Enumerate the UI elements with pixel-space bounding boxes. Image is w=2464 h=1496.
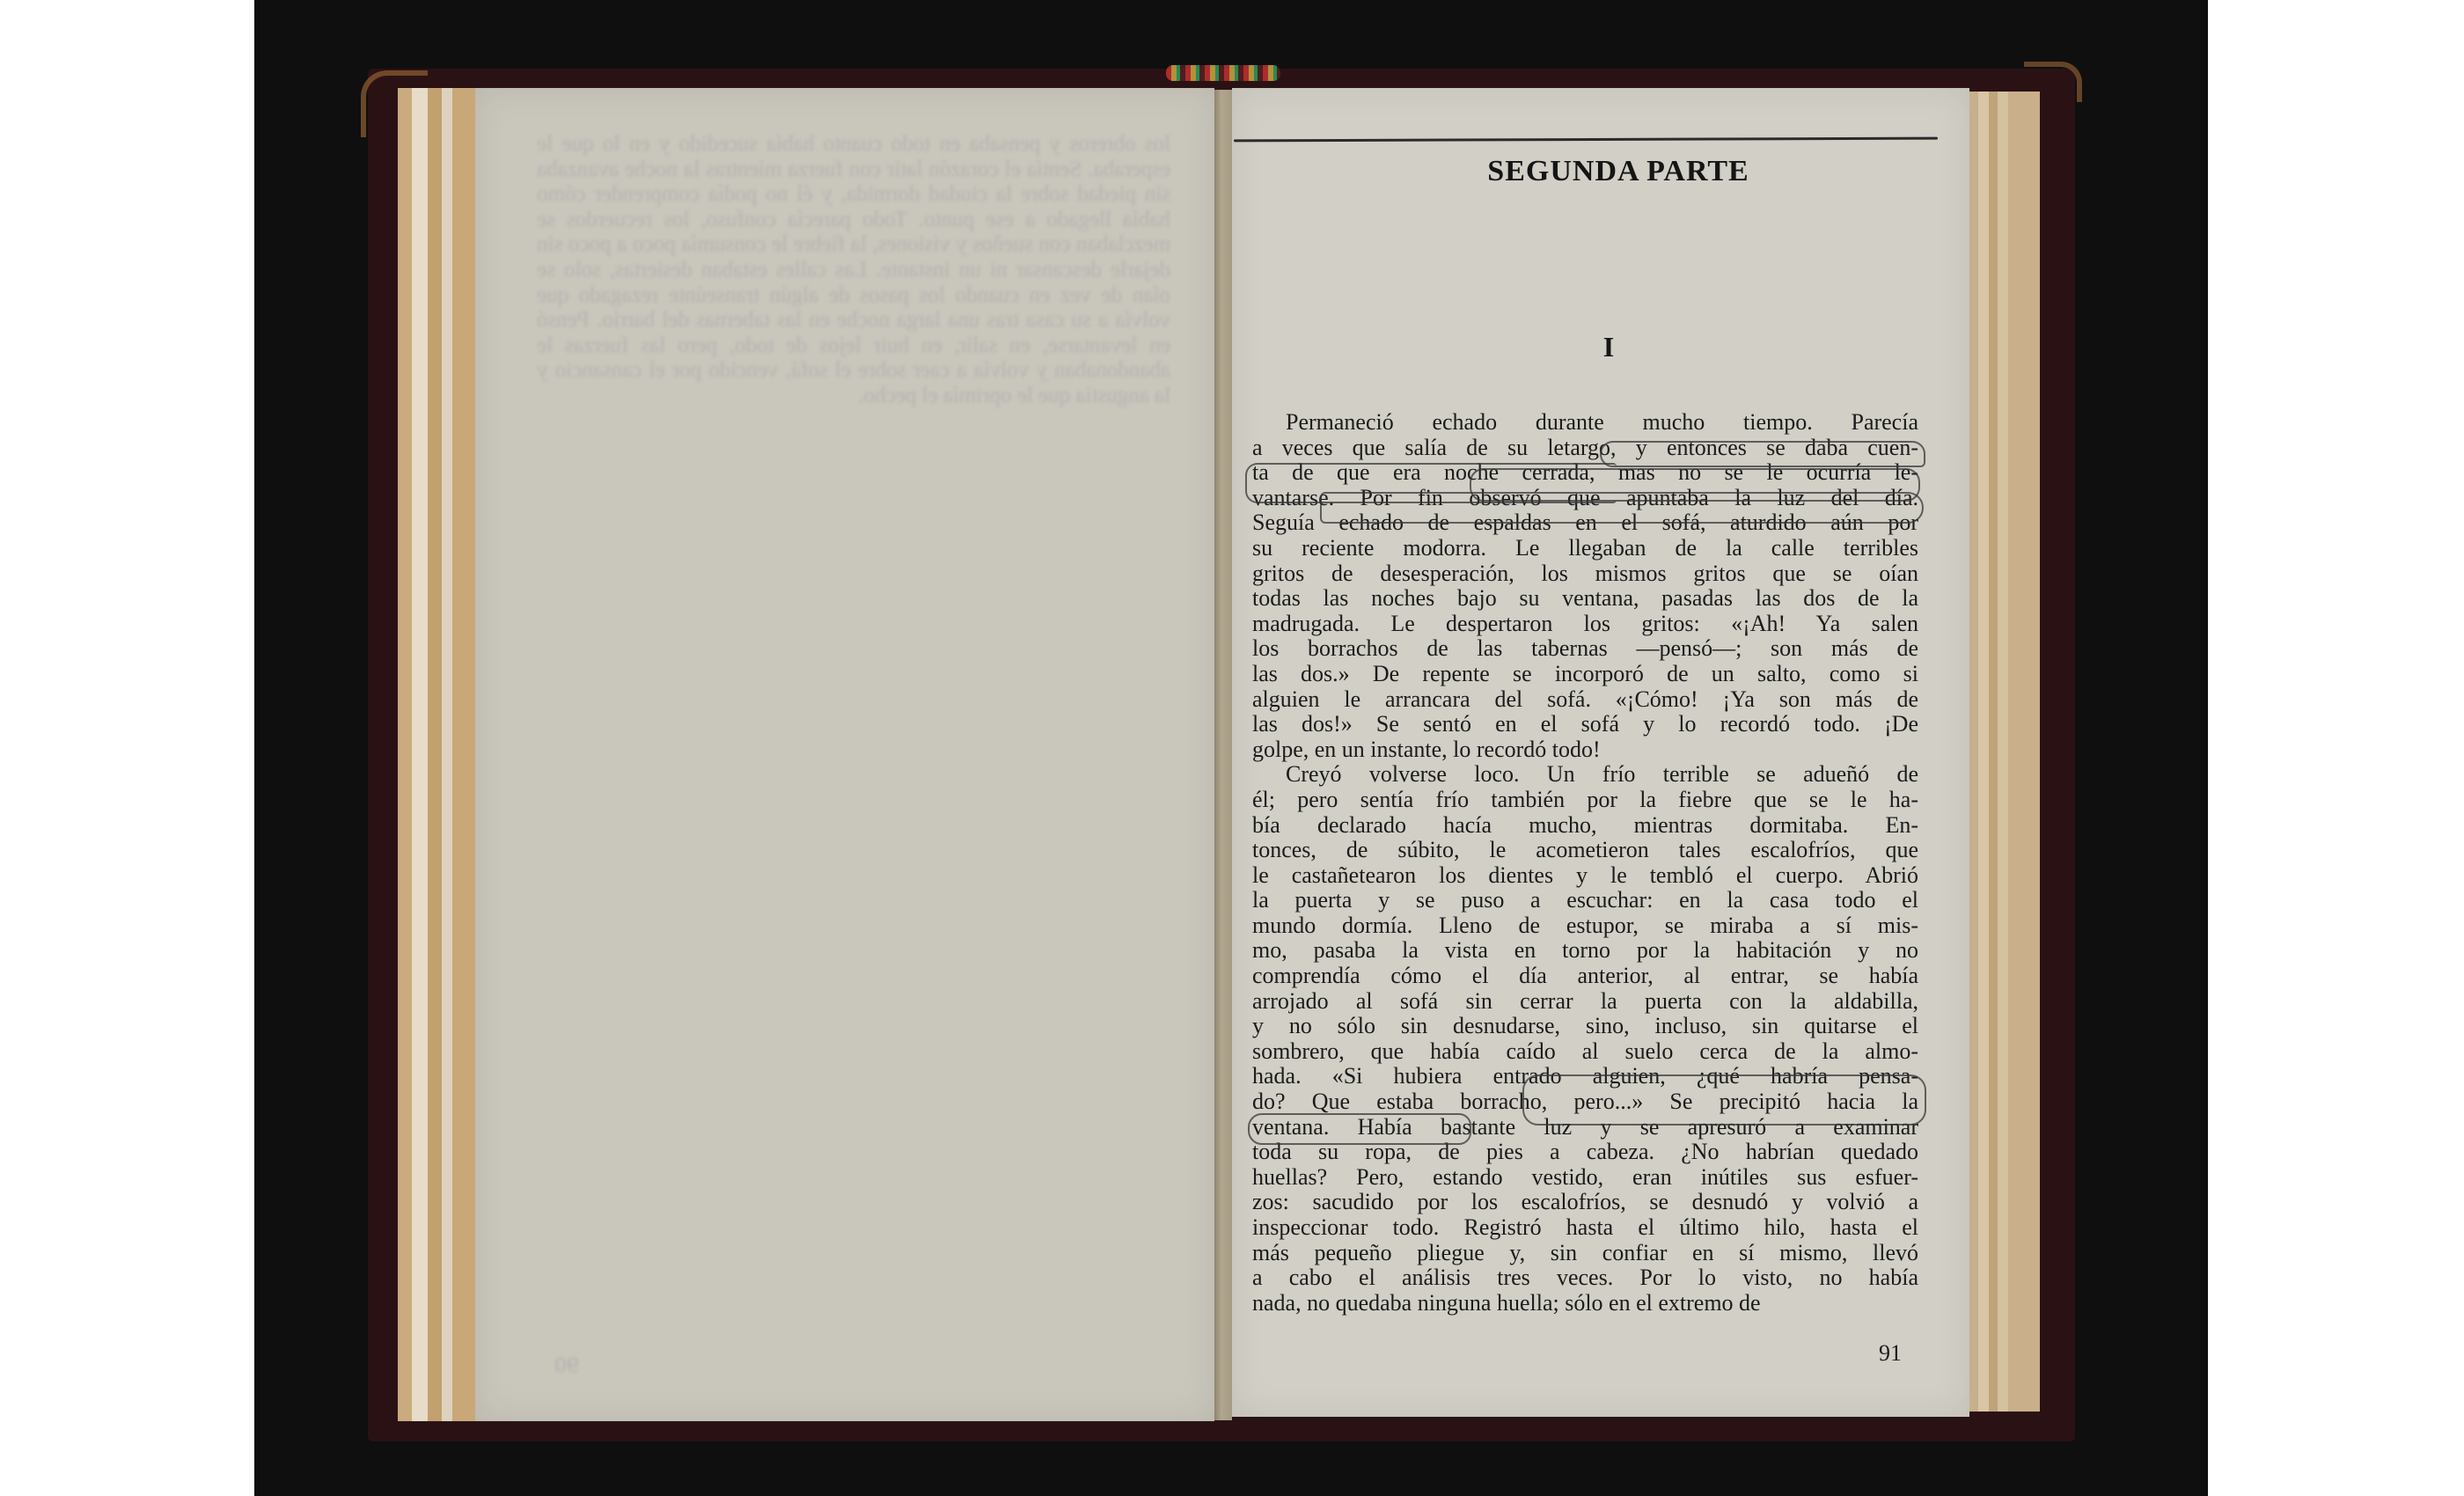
text-line: do? Que estaba borracho, pero...» Se pre…: [1252, 1089, 1918, 1115]
book-gutter: [1214, 90, 1232, 1420]
text-line: a veces que salía de su letargo, y enton…: [1252, 436, 1918, 461]
text-line: Seguía echado de espaldas en el sofá, at…: [1252, 510, 1918, 536]
text-line: la puerta y se puso a escuchar: en la ca…: [1252, 888, 1918, 913]
text-line: vantarse. Por fin observó que apuntaba l…: [1252, 486, 1918, 511]
part-title: SEGUNDA PARTE: [1232, 155, 1969, 188]
text-line: los borrachos de las tabernas —pensó—; s…: [1252, 636, 1918, 662]
text-line: le castañetearon los dientes y le tembló…: [1252, 863, 1918, 889]
text-line: a cabo el análisis tres veces. Por lo vi…: [1252, 1265, 1918, 1291]
text-line: mundo dormía. Lleno de estupor, se mirab…: [1252, 913, 1918, 939]
page-edges-left: [398, 88, 477, 1421]
text-line: su reciente modorra. Le llegaban de la c…: [1252, 536, 1918, 561]
text-line: gritos de desesperación, los mismos grit…: [1252, 561, 1918, 587]
text-line: alguien le arrancara del sofá. «¡Cómo! ¡…: [1252, 687, 1918, 713]
left-page-number: 90: [554, 1355, 579, 1377]
text-line: y no sólo sin desnudarse, sino, incluso,…: [1252, 1014, 1918, 1039]
text-line: tonces, de súbito, le acometieron tales …: [1252, 838, 1918, 863]
page-number: 91: [1879, 1340, 1902, 1367]
text-line: toda su ropa, de pies a cabeza. ¿No habr…: [1252, 1140, 1918, 1165]
text-line: zos: sacudido por los escalofríos, se de…: [1252, 1190, 1918, 1215]
left-page-bleed-through-text: los obreros y pensaba en todo cuanto hab…: [537, 132, 1170, 1346]
text-line: bía declarado hacía mucho, mientras dorm…: [1252, 813, 1918, 839]
text-line: golpe, en un instante, lo recordó todo!: [1252, 737, 1918, 763]
text-line: las dos.» De repente se incorporó de un …: [1252, 662, 1918, 687]
text-line: nada, no quedaba ninguna huella; sólo en…: [1252, 1291, 1918, 1316]
chapter-number: I: [1232, 331, 1969, 363]
text-line: huellas? Pero, estando vestido, eran inú…: [1252, 1165, 1918, 1191]
text-line: comprendía cómo el día anterior, al entr…: [1252, 964, 1918, 989]
text-line: madrugada. Le despertaron los gritos: «¡…: [1252, 612, 1918, 637]
page-edges-right: [1969, 92, 2040, 1412]
text-line: todas las noches bajo su ventana, pasada…: [1252, 586, 1918, 612]
text-line: más pequeño pliegue y, sin confiar en sí…: [1252, 1241, 1918, 1266]
text-line: Permaneció echado durante mucho tiempo. …: [1252, 410, 1918, 436]
text-line: él; pero sentía frío también por la fieb…: [1252, 788, 1918, 813]
text-line: ta de que era noche cerrada, mas no se l…: [1252, 460, 1918, 486]
text-line: arrojado al sofá sin cerrar la puerta co…: [1252, 989, 1918, 1015]
book-headband: [1166, 65, 1280, 81]
text-line: mo, pasaba la vista en torno por la habi…: [1252, 938, 1918, 964]
text-line: hada. «Si hubiera entrado alguien, ¿qué …: [1252, 1064, 1918, 1089]
text-line: las dos!» Se sentó en el sofá y lo recor…: [1252, 712, 1918, 737]
text-line: sombrero, que había caído al suelo cerca…: [1252, 1039, 1918, 1065]
text-line: Creyó volverse loco. Un frío terrible se…: [1252, 762, 1918, 788]
text-line: ventana. Había bastante luz y se apresur…: [1252, 1115, 1918, 1140]
text-line: inspeccionar todo. Registró hasta el últ…: [1252, 1215, 1918, 1241]
page-body-text: Permaneció echado durante mucho tiempo. …: [1252, 410, 1918, 1316]
